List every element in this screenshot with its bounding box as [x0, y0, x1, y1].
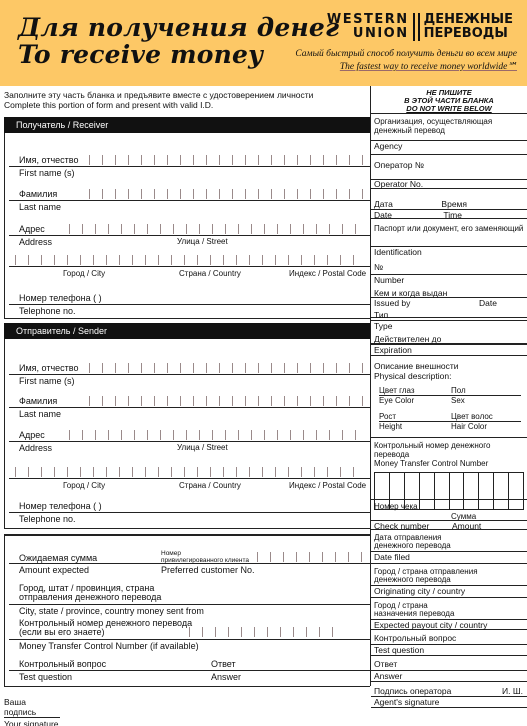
field-line [9, 304, 370, 305]
label-mtcn-en: Money Transfer Control Number [374, 459, 527, 468]
label-hair-en: Hair Color [451, 422, 487, 431]
label-phone-en: Telephone no. [19, 514, 76, 524]
instructions-ru: Заполните эту часть бланка и предъявите … [4, 90, 313, 100]
field-line [9, 639, 370, 640]
label-agent-sig-ru: Подпись оператора [374, 686, 451, 696]
label-number-ru: № [374, 263, 527, 272]
receiver-section-title: Получатель / Receiver [4, 117, 370, 133]
agency-row: Организация, осуществляющая денежный пер… [371, 114, 527, 141]
mtcn-boxes-row: Контрольный номер денежного перевода Mon… [371, 438, 527, 500]
field-line [9, 512, 370, 513]
letter-boxes [15, 467, 366, 477]
label-last-name-en: Last name [19, 202, 61, 212]
instructions-en: Complete this portion of form and presen… [4, 100, 313, 110]
payout-city-row: Город / страна назначения перевода Expec… [371, 598, 527, 630]
label-test-en: Test question [374, 645, 424, 655]
brand-ru-line1: ДЕНЕЖНЫЕ [424, 13, 513, 27]
label-phone-ru: Номер телефона ( ) [19, 293, 102, 303]
field-line [9, 670, 370, 671]
letter-boxes [69, 430, 366, 440]
label-id-ru: Паспорт или документ, его заменяющий [374, 225, 527, 233]
letter-boxes [69, 224, 366, 234]
notice-line-3: DO NOT WRITE BELOW [371, 105, 527, 113]
label-first-name-ru: Имя, отчество [19, 155, 78, 165]
label-eye-en: Eye Color [379, 396, 451, 405]
physical-description-row: Описание внешности Physical description:… [371, 356, 527, 438]
label-id-en: Identification [374, 247, 527, 257]
label-street: Улица / Street [177, 237, 228, 246]
label-issued-ru: Кем и когда выдан [374, 289, 527, 298]
field-line [9, 563, 370, 564]
field-line [9, 166, 370, 167]
label-first-name-en: First name (s) [19, 376, 75, 386]
label-signature-en: Your signature [4, 718, 60, 726]
label-preferred-ru: Номер привилегированного клиента [161, 550, 249, 564]
label-mtcn-en: Money Transfer Control Number (if availa… [19, 641, 199, 651]
label-answer-ru: Ответ [211, 659, 236, 669]
brand-union: UNION [327, 27, 409, 41]
label-issued-date-en: Date [479, 298, 497, 308]
field-line [9, 478, 370, 479]
label-type-en: Type [374, 321, 527, 331]
label-address-en: Address [19, 237, 52, 247]
label-first-name-en: First name (s) [19, 168, 75, 178]
label-sex-ru: Пол [451, 386, 466, 395]
label-mtcn-ru: Контрольный номер денежного перевода [374, 441, 527, 459]
letter-boxes [89, 396, 366, 406]
operator-en-row: Operator No. [371, 179, 527, 189]
sender-section-title: Отправитель / Sender [4, 323, 370, 339]
check-amount-row: Номер чека Сумма Check number Amount [371, 500, 527, 530]
date-time-row: ДатаВремя DateTime [371, 189, 527, 219]
label-city: Город / City [63, 269, 105, 278]
slogan-ru: Самый быстрый способ получить деньги во … [295, 48, 517, 61]
label-check-ru: Номер чека [374, 503, 527, 511]
field-line [9, 235, 370, 236]
test-question-row: Контрольный вопрос Test question [371, 630, 527, 656]
label-eye-ru: Цвет глаз [379, 386, 451, 395]
label-test-question-ru: Контрольный вопрос [19, 659, 106, 669]
label-first-name-ru: Имя, отчество [19, 363, 78, 373]
label-test-question-en: Test question [19, 672, 72, 682]
operator-row: Оператор № [371, 155, 527, 179]
label-address-ru: Адрес [19, 224, 45, 234]
slogan-en: The fastest way to receive money worldwi… [295, 61, 517, 74]
letter-boxes [257, 552, 366, 562]
field-line [9, 266, 370, 267]
western-union-logo: WESTERN UNION ДЕНЕЖНЫЕ ПЕРЕВОДЫ [327, 13, 513, 41]
office-use-column: НЕ ПИШИТЕ В ЭТОЙ ЧАСТИ БЛАНКА DO NOT WRI… [370, 86, 527, 686]
agent-signature-row[interactable]: Подпись оператораИ. Ш. Agent's signature [371, 682, 527, 708]
identification-en-row: Identification № [371, 247, 527, 274]
label-phone-en: Telephone no. [19, 306, 76, 316]
title-english: To receive money [18, 40, 263, 69]
label-amount-en: Amount expected [19, 565, 89, 575]
brand-ru-line2: ПЕРЕВОДЫ [424, 27, 513, 41]
label-issued-en: Issued by [374, 298, 410, 308]
field-line [9, 407, 370, 408]
label-street: Улица / Street [177, 443, 228, 452]
instructions: Заполните эту часть бланка и предъявите … [4, 90, 313, 110]
label-test-ru: Контрольный вопрос [374, 634, 527, 643]
label-signature-ru: Ваша подпись [4, 697, 60, 718]
label-height-ru: Рост [379, 412, 451, 421]
type-row: Type Действителен до [371, 320, 527, 344]
label-agency-ru: Организация, осуществляющая денежный пер… [374, 117, 527, 135]
label-sex-en: Sex [451, 396, 465, 405]
label-last-name-ru: Фамилия [19, 189, 57, 199]
label-orig-ru: Город / страна отправления денежного пер… [374, 568, 484, 584]
label-operator-ru: Оператор № [374, 161, 527, 170]
transfer-details-section: Ожидаемая сумма Номер привилегированного… [4, 534, 370, 687]
label-postal-code: Индекс / Postal Code [289, 269, 366, 278]
label-expiration-en: Expiration [374, 345, 527, 355]
number-row: Number Кем и когда выдан [371, 274, 527, 298]
label-answer-ru: Ответ [374, 660, 527, 669]
letter-boxes [189, 627, 339, 637]
label-last-name-ru: Фамилия [19, 396, 57, 406]
label-type-ru: Тип [374, 311, 527, 320]
label-city-sent-ru-2: отправления денежного перевода [19, 593, 161, 602]
label-date-filed-en: Date filed [374, 552, 410, 562]
label-country: Страна / Country [179, 481, 241, 490]
label-height-en: Height [379, 422, 451, 431]
letter-boxes [15, 255, 366, 265]
field-line [9, 200, 370, 201]
label-address-en: Address [19, 443, 52, 453]
letter-boxes [89, 363, 366, 373]
label-country: Страна / Country [179, 269, 241, 278]
agency-value-row: Agency [371, 141, 527, 155]
label-physical-ru: Описание внешности [374, 362, 527, 371]
answer-row: Ответ Answer [371, 656, 527, 682]
label-city-sent-en: City, state / province, country money se… [19, 606, 204, 616]
label-amount-ru: Ожидаемая сумма [19, 553, 97, 563]
label-postal-code: Индекс / Postal Code [289, 481, 366, 490]
field-line [9, 604, 370, 605]
label-time-ru: Время [441, 199, 467, 209]
field-line [9, 441, 370, 442]
label-answer-en: Answer [211, 672, 241, 682]
label-mtcn-ru-2: (если вы его знаете) [19, 628, 192, 637]
title-russian: Для получения денег [18, 13, 339, 42]
label-operator-en: Operator No. [374, 179, 527, 189]
label-preferred-en: Preferred customer No. [161, 565, 255, 575]
field-line [9, 374, 370, 375]
customer-signature-field[interactable]: Ваша подпись Your signature [4, 697, 60, 726]
date-filed-row: Дата отправления денежного перевода Date… [371, 530, 527, 564]
label-number-en: Number [374, 275, 527, 285]
label-city: Город / City [63, 481, 105, 490]
label-agent-sig-en: Agent's signature [374, 697, 439, 707]
label-answer-en: Answer [374, 671, 402, 681]
form-header: Для получения денег To receive money WES… [0, 0, 527, 86]
identification-row: Паспорт или документ, его заменяющий [371, 219, 527, 247]
label-hair-ru: Цвет волос [451, 412, 493, 421]
label-agent-initials: И. Ш. [502, 686, 523, 696]
label-payout-en: Expected payout city / country [374, 620, 487, 630]
label-last-name-en: Last name [19, 409, 61, 419]
expiration-row: Expiration [371, 344, 527, 356]
label-date-ru: Дата [374, 199, 393, 209]
receiver-section: Имя, отчество First name (s) Фамилия Las… [4, 133, 370, 319]
label-orig-en: Originating city / country [374, 586, 465, 596]
brand-western: WESTERN [327, 13, 409, 27]
letter-boxes [89, 155, 366, 165]
originating-city-row: Город / страна отправления денежного пер… [371, 564, 527, 598]
label-payout-ru: Город / страна назначения перевода [374, 602, 469, 618]
do-not-write-notice: НЕ ПИШИТЕ В ЭТОЙ ЧАСТИ БЛАНКА DO NOT WRI… [371, 86, 527, 114]
letter-boxes [89, 189, 366, 199]
label-expiration-ru: Действителен до [374, 335, 527, 344]
label-address-ru: Адрес [19, 430, 45, 440]
issued-row: Issued byDate Тип [371, 298, 527, 318]
slogan: Самый быстрый способ получить деньги во … [295, 48, 517, 74]
label-physical-en: Physical description: [374, 371, 527, 381]
label-agency-en: Agency [374, 141, 527, 151]
label-phone-ru: Номер телефона ( ) [19, 501, 102, 511]
sender-section: Имя, отчество First name (s) Фамилия Las… [4, 339, 370, 529]
label-date-filed-ru: Дата отправления денежного перевода [374, 534, 464, 550]
